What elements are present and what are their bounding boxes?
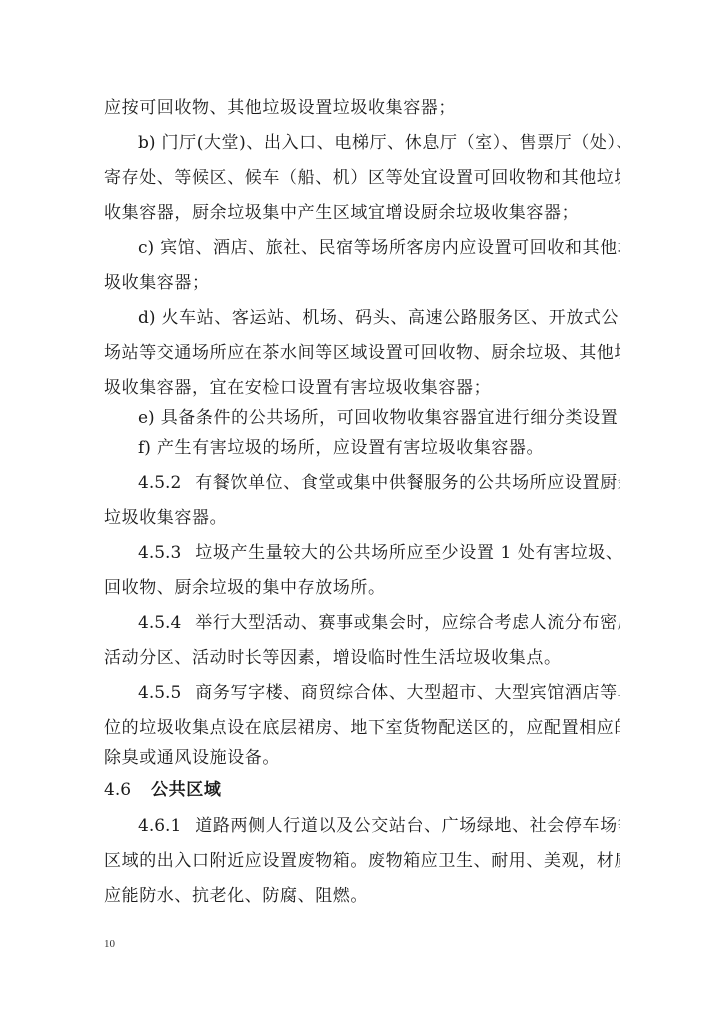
line-text: 应能防水、抗老化、防腐、阻燃。 [104, 886, 368, 906]
line-text: 产生有害垃圾的场所，应设置有害垃圾收集容器。 [157, 438, 544, 458]
line-text: 圾收集容器，宜在安检口设置有害垃圾收集容器； [104, 378, 491, 398]
section-number: 4.6 [104, 780, 131, 800]
line-text: 宾馆、酒店、旅社、民宿等场所客房内应设置可回收和其他垃 [160, 238, 620, 258]
clause-number: 4.6.1 [138, 816, 181, 836]
clause-4-5-2: 4.5.2有餐饮单位、食堂或集中供餐服务的公共场所应设置厨余 [138, 471, 620, 495]
list-label: f) [138, 438, 151, 458]
document-page: 应按可回收物、其他垃圾设置垃圾收集容器； b)门厅(大堂)、出入口、电梯厅、休息… [0, 0, 725, 1024]
line-text: 位的垃圾收集点设在底层裙房、地下室货物配送区的，应配置相应的 [104, 718, 620, 738]
list-item-c: c)宾馆、酒店、旅社、民宿等场所客房内应设置可回收和其他垃 [138, 236, 620, 260]
list-item-b-line-3: 收集容器，厨余垃圾集中产生区域宜增设厨余垃圾收集容器； [104, 201, 620, 225]
clause-4-6-1-line-3: 应能防水、抗老化、防腐、阻燃。 [104, 884, 620, 908]
list-label: e) [138, 408, 155, 428]
line-text: 有餐饮单位、食堂或集中供餐服务的公共场所应设置厨余 [195, 473, 620, 493]
line-text: 收集容器，厨余垃圾集中产生区域宜增设厨余垃圾收集容器； [104, 203, 579, 223]
clause-number: 4.5.5 [138, 683, 181, 703]
list-item-c-line-2: 圾收集容器； [104, 271, 620, 295]
clause-4-5-4-line-2: 活动分区、活动时长等因素，增设临时性生活垃圾收集点。 [104, 646, 620, 670]
list-item-b-line-2: 寄存处、等候区、候车（船、机）区等处宜设置可回收物和其他垃圾 [104, 166, 620, 190]
line-text: 场站等交通场所应在茶水间等区域设置可回收物、厨余垃圾、其他垃 [104, 343, 620, 363]
list-item-d: d)火车站、客运站、机场、码头、高速公路服务区、开放式公交 [138, 306, 620, 330]
clause-number: 4.5.3 [138, 543, 181, 563]
line-text: 道路两侧人行道以及公交站台、广场绿地、社会停车场等 [195, 816, 620, 836]
paragraph-a-continuation: 应按可回收物、其他垃圾设置垃圾收集容器； [104, 96, 620, 120]
line-text: 垃圾收集容器。 [104, 508, 227, 528]
clause-number: 4.5.4 [138, 613, 181, 633]
clause-4-5-5: 4.5.5商务写字楼、商贸综合体、大型超市、大型宾馆酒店等单 [138, 681, 620, 705]
list-item-f: f)产生有害垃圾的场所，应设置有害垃圾收集容器。 [138, 436, 620, 460]
clause-4-5-3-line-2: 回收物、厨余垃圾的集中存放场所。 [104, 576, 620, 600]
clause-4-5-4: 4.5.4举行大型活动、赛事或集会时，应综合考虑人流分布密度、 [138, 611, 620, 635]
clause-4-5-5-line-3: 除臭或通风设施设备。 [104, 746, 620, 770]
list-label: d) [138, 308, 156, 328]
clause-4-5-5-line-2: 位的垃圾收集点设在底层裙房、地下室货物配送区的，应配置相应的 [104, 716, 620, 740]
line-text: 举行大型活动、赛事或集会时，应综合考虑人流分布密度、 [195, 613, 620, 633]
section-title: 公共区域 [151, 780, 221, 800]
line-text: 门厅(大堂)、出入口、电梯厅、休息厅（室）、售票厅（处）、 [162, 133, 620, 153]
list-item-d-line-2: 场站等交通场所应在茶水间等区域设置可回收物、厨余垃圾、其他垃 [104, 341, 620, 365]
list-label: b) [138, 133, 156, 153]
line-text: 具备条件的公共场所，可回收物收集容器宜进行细分类设置； [161, 408, 620, 428]
clause-number: 4.5.2 [138, 473, 181, 493]
clause-4-6-1: 4.6.1道路两侧人行道以及公交站台、广场绿地、社会停车场等 [138, 814, 620, 838]
line-text: 活动分区、活动时长等因素，增设临时性生活垃圾收集点。 [104, 648, 562, 668]
line-text: 商务写字楼、商贸综合体、大型超市、大型宾馆酒店等单 [195, 683, 620, 703]
page-number: 10 [104, 938, 115, 950]
line-text: 寄存处、等候区、候车（船、机）区等处宜设置可回收物和其他垃圾 [104, 168, 620, 188]
line-text: 圾收集容器； [104, 273, 210, 293]
line-text: 垃圾产生量较大的公共场所应至少设置 1 处有害垃圾、可 [195, 543, 620, 563]
line-text: 火车站、客运站、机场、码头、高速公路服务区、开放式公交 [162, 308, 620, 328]
list-label: c) [138, 238, 154, 258]
list-item-e: e)具备条件的公共场所，可回收物收集容器宜进行细分类设置； [138, 406, 620, 430]
clause-4-5-3: 4.5.3垃圾产生量较大的公共场所应至少设置 1 处有害垃圾、可 [138, 541, 620, 565]
line-text: 除臭或通风设施设备。 [104, 748, 280, 768]
clause-4-6-1-line-2: 区域的出入口附近应设置废物箱。废物箱应卫生、耐用、美观，材质 [104, 849, 620, 873]
section-heading-4-6: 4.6公共区域 [104, 778, 620, 802]
list-item-b: b)门厅(大堂)、出入口、电梯厅、休息厅（室）、售票厅（处）、 [138, 131, 620, 155]
clause-4-5-2-line-2: 垃圾收集容器。 [104, 506, 620, 530]
list-item-d-line-3: 圾收集容器，宜在安检口设置有害垃圾收集容器； [104, 376, 620, 400]
line-text: 应按可回收物、其他垃圾设置垃圾收集容器； [104, 98, 456, 118]
line-text: 回收物、厨余垃圾的集中存放场所。 [104, 578, 386, 598]
line-text: 区域的出入口附近应设置废物箱。废物箱应卫生、耐用、美观，材质 [104, 851, 620, 871]
